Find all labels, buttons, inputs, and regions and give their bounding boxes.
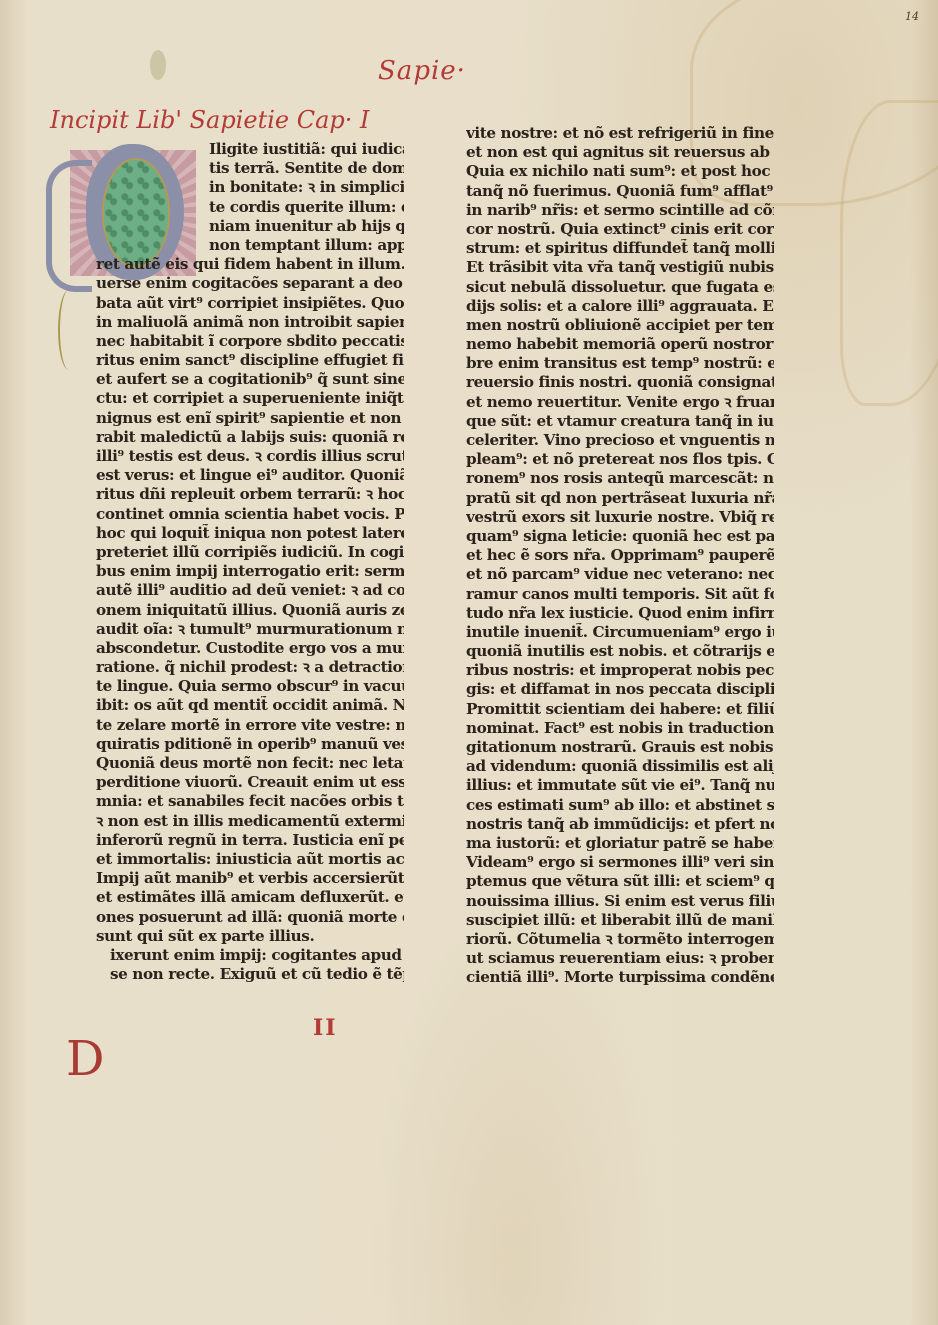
text-line: et nemo reuertitur. Venite ergo ꝛ fruamu… (466, 393, 774, 412)
text-line: ces estimati sum⁹ ab illo: et abstinet s… (466, 796, 774, 815)
text-line: et estimãtes illã amicam defluxerũt. et … (96, 888, 404, 907)
text-line: cientiã illi⁹. Morte turpissima condẽnem… (466, 968, 774, 987)
text-line: nignus est enĩ spirit⁹ sapientie et non … (96, 409, 404, 428)
text-line: nostris tanq̃ ab immũdicijs: et pfert no… (466, 815, 774, 834)
text-line: continet omnia scientia habet vocis. Pro… (96, 505, 404, 524)
ink-blot (150, 50, 166, 80)
text-line: in bonitate: ꝛ in simplicita= (96, 178, 404, 197)
text-line: tudo nr̃a lex iusticie. Quod enim infirm… (466, 604, 774, 623)
text-line: vite nostre: et nõ est refrigeriũ in fin… (466, 124, 774, 143)
text-line: ramur canos multi temporis. Sit aũt fort… (466, 585, 774, 604)
text-line: est verus: et lingue ei⁹ auditor. Quoniã… (96, 466, 404, 485)
text-line: quam⁹ signa leticie: quoniã hec est pars… (466, 527, 774, 546)
text-line: te zelare mortẽ in errore vite vestre: n… (96, 716, 404, 735)
text-line: celeriter. Vino precioso et vnguentis no… (466, 431, 774, 450)
text-line: uerse enim cogitacões separant a deo: pr… (96, 274, 404, 293)
text-line: illius: et immutate sũt vie ei⁹. Tanq̃ n… (466, 776, 774, 795)
folio-number: 14 (905, 10, 919, 23)
text-line: nominat. Fact⁹ est nobis in traductionẽ … (466, 719, 774, 738)
text-line: pratũ sit qd non pertrãseat luxuria nr̃a… (466, 489, 774, 508)
text-line: sunt qui sũt ex parte illius. (96, 927, 404, 946)
water-stain (840, 100, 938, 406)
text-line: autẽ illi⁹ auditio ad deũ veniet: ꝛ ad c… (96, 581, 404, 600)
text-line: ribus nostris: et improperat nobis pecca… (466, 661, 774, 680)
text-line: riorũ. Cõtumelia ꝛ tormẽto interrogem⁹ e… (466, 930, 774, 949)
text-line: ones posuerunt ad illã: quoniã morte dig… (96, 908, 404, 927)
text-line: ad videndum: quoniã dissimilis est alijs… (466, 757, 774, 776)
text-line: bus enim impij interrogatio erit: sermon… (96, 562, 404, 581)
text-line: ptemus que vẽtura sũt illi: et sciem⁹ qu… (466, 872, 774, 891)
text-line: ixerunt enim impij: cogitantes apud (96, 946, 404, 965)
text-line: ꝛ non est in illis medicamentũ extermini… (96, 812, 404, 831)
text-line: te cordis querite illum: quo= (96, 198, 404, 217)
right-column: vite nostre: et nõ est refrigeriũ in fin… (466, 124, 774, 987)
text-line: audit oĩa: ꝛ tumult⁹ murmurationum non (96, 620, 404, 639)
text-line: ibit: os aũt qd mentit̃ occidit animã. N… (96, 696, 404, 715)
text-line: onem iniquitatũ illius. Quoniã auris zel… (96, 601, 404, 620)
text-line: preteriet illũ corripiẽs iudiciũ. In cog… (96, 543, 404, 562)
text-line: ut sciamus reuerentiam eius: ꝛ probem⁹ p… (466, 949, 774, 968)
text-line: nec habitabit ĩ corpore sbdito peccatis.… (96, 332, 404, 351)
text-line: Quoniã deus mortẽ non fecit: nec letatur… (96, 754, 404, 773)
text-line: abscondetur. Custodite ergo vos a murmu= (96, 639, 404, 658)
text-line: Iligite iustitiã: qui iudica= (96, 140, 404, 159)
text-line: et nõ parcam⁹ vidue nec veterano: nec re… (466, 565, 774, 584)
text-line: nouissima illius. Si enim est verus fili… (466, 892, 774, 911)
text-line: reuersio finis nostri. quoniã consignata… (466, 373, 774, 392)
text-line: in narib⁹ nr̃is: et sermo scintille ad c… (466, 201, 774, 220)
text-line: cor nostrũ. Quia extinct⁹ cinis erit cor… (466, 220, 774, 239)
text-line: te lingue. Quia sermo obscur⁹ in vacuũ n… (96, 677, 404, 696)
text-line: tis terrã. Sentite de domio (96, 159, 404, 178)
chapter-2-mark: II (313, 1015, 338, 1041)
text-line: perditione viuorũ. Creauit enim ut essen… (96, 773, 404, 792)
text-line: dijs solis: et a calore illi⁹ aggrauata.… (466, 297, 774, 316)
text-line: inferorũ regnũ in terra. Iusticia enĩ pe… (96, 831, 404, 850)
text-line: Videam⁹ ergo si sermones illi⁹ veri sint… (466, 853, 774, 872)
text-line: inutile inuenit̃. Circumueniam⁹ ergo ius… (466, 623, 774, 642)
text-line: strum: et spiritus diffundet̃ tanq̃ moll… (466, 239, 774, 258)
text-line: tanq̃ nõ fuerimus. Quoniã fum⁹ afflat⁹ e… (466, 182, 774, 201)
text-line: quoniã inutilis est nobis. et cõtrarijs … (466, 642, 774, 661)
text-line: pleam⁹: et nõ pretereat nos flos tpis. C… (466, 450, 774, 469)
text-line: quiratis pditionẽ in operib⁹ manuũ vestr… (96, 735, 404, 754)
text-line: vestrũ exors sit luxurie nostre. Vbiq̃ r… (466, 508, 774, 527)
left-column: Iligite iustitiã: qui iudica= tis terrã.… (96, 140, 404, 984)
text-line: men nostrũ obliuionẽ accipiet per tempus… (466, 316, 774, 335)
text-line: illi⁹ testis est deus. ꝛ cordis illius s… (96, 447, 404, 466)
text-line: hoc qui loquit̃ iniqua non potest latere… (96, 524, 404, 543)
text-line: Quia ex nichilo nati sum⁹: et post hoc e… (466, 162, 774, 181)
text-line: et immortalis: iniusticia aũt mortis acq… (96, 850, 404, 869)
marginal-flourish (58, 290, 80, 370)
text-line: rabit maledictũ a labijs suis: quoniã re… (96, 428, 404, 447)
text-line: non temptant illum: appa= (96, 236, 404, 255)
text-line: se non recte. Exiguũ et cũ tedio ẽ tẽpus (96, 965, 404, 984)
text-line: gitationum nostrarũ. Grauis est nobis et… (466, 738, 774, 757)
text-line: ritus enim sanct⁹ discipline effugiet fi… (96, 351, 404, 370)
text-line: bata aũt virt⁹ corripiet insipiẽtes. Quo… (96, 294, 404, 313)
text-line: que sũt: et vtamur creatura tanq̃ in iuu… (466, 412, 774, 431)
text-line: Promittit scientiam dei habere: et filiũ… (466, 700, 774, 719)
initial-scroll (46, 160, 92, 292)
text-line: bre enim transitus est temp⁹ nostrũ: et … (466, 354, 774, 373)
text-line: in maliuolã animã non introibit sapienti… (96, 313, 404, 332)
text-line: ronem⁹ nos rosis anteqũ marcescãt: nullu… (466, 469, 774, 488)
text-line: Et trãsibit vita vr̃a tanq̃ vestigiũ nub… (466, 258, 774, 277)
text-line: et non est qui agnitus sit reuersus ab i… (466, 143, 774, 162)
text-line: niam inuenitur ab hijs qui (96, 217, 404, 236)
text-line: et aufert se a cogitationib⁹ q̃ sunt sin… (96, 370, 404, 389)
text-line: ret autẽ eis qui fidem habent in illum. … (96, 255, 404, 274)
text-line: ctu: et corripiet a superueniente iniq̃t… (96, 389, 404, 408)
text-line: nemo habebit memoriã operũ nostrorũ. Vm= (466, 335, 774, 354)
text-line: suscipiet illũ: et liberabit illũ de man… (466, 911, 774, 930)
text-line: gis: et diffamat in nos peccata discipli… (466, 680, 774, 699)
text-line: mnia: et sanabiles fecit nacões orbis te… (96, 792, 404, 811)
rubricated-initial-d: D (66, 1035, 104, 1083)
text-line: sicut nebulã dissoluetur. que fugata est… (466, 278, 774, 297)
text-line: ma iustorũ: et gloriatur patrẽ se habere… (466, 834, 774, 853)
text-line: ritus dñi repleuit orbem terrarũ: ꝛ hoc … (96, 485, 404, 504)
running-head: Sapie· (378, 56, 466, 86)
text-line: ratione. q̃ nichil prodest: ꝛ a detracti… (96, 658, 404, 677)
text-line: et hec ẽ sors nr̃a. Opprimam⁹ pauperẽ iu… (466, 546, 774, 565)
incipit-rubric: Incipit Lib' Sapietie Cap· I (50, 106, 370, 134)
text-line: Impij aũt manib⁹ et verbis accersierũt i… (96, 869, 404, 888)
